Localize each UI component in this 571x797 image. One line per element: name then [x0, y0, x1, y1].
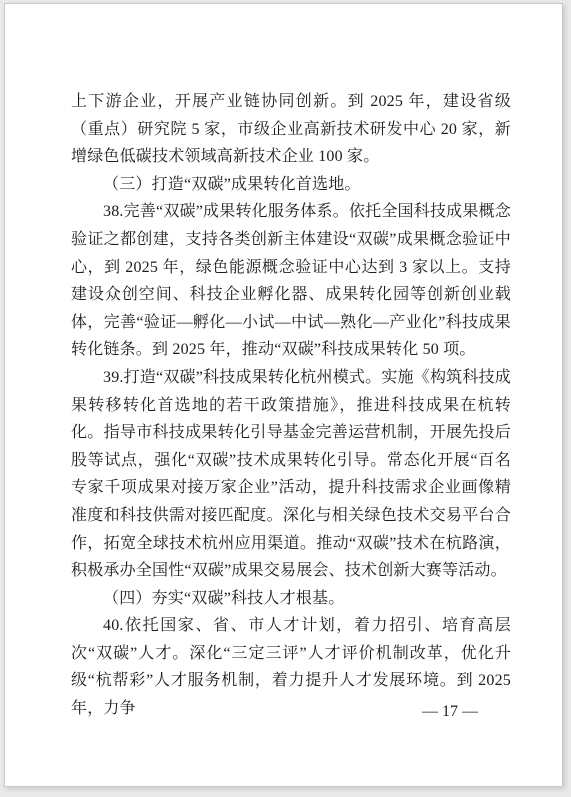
document-viewer: 上下游企业，开展产业链协同创新。到 2025 年，建设省级（重点）研究院 5 家…: [0, 0, 571, 797]
section-heading-3: （三）打造“双碳”成果转化首选地。: [71, 171, 511, 199]
paragraph-item-38: 38.完善“双碳”成果转化服务体系。依托全国科技成果概念验证之都创建，支持各类创…: [71, 198, 511, 364]
section-heading-4: （四）夯实“双碳”科技人才根基。: [71, 585, 511, 613]
document-page: 上下游企业，开展产业链协同创新。到 2025 年，建设省级（重点）研究院 5 家…: [4, 3, 563, 787]
page-body-text: 上下游企业，开展产业链协同创新。到 2025 年，建设省级（重点）研究院 5 家…: [71, 88, 511, 723]
paragraph-continuation: 上下游企业，开展产业链协同创新。到 2025 年，建设省级（重点）研究院 5 家…: [71, 88, 511, 171]
page-number: — 17 —: [422, 703, 478, 721]
paragraph-item-39: 39.打造“双碳”科技成果转化杭州模式。实施《构筑科技成果转移转化首选地的若干政…: [71, 364, 511, 585]
